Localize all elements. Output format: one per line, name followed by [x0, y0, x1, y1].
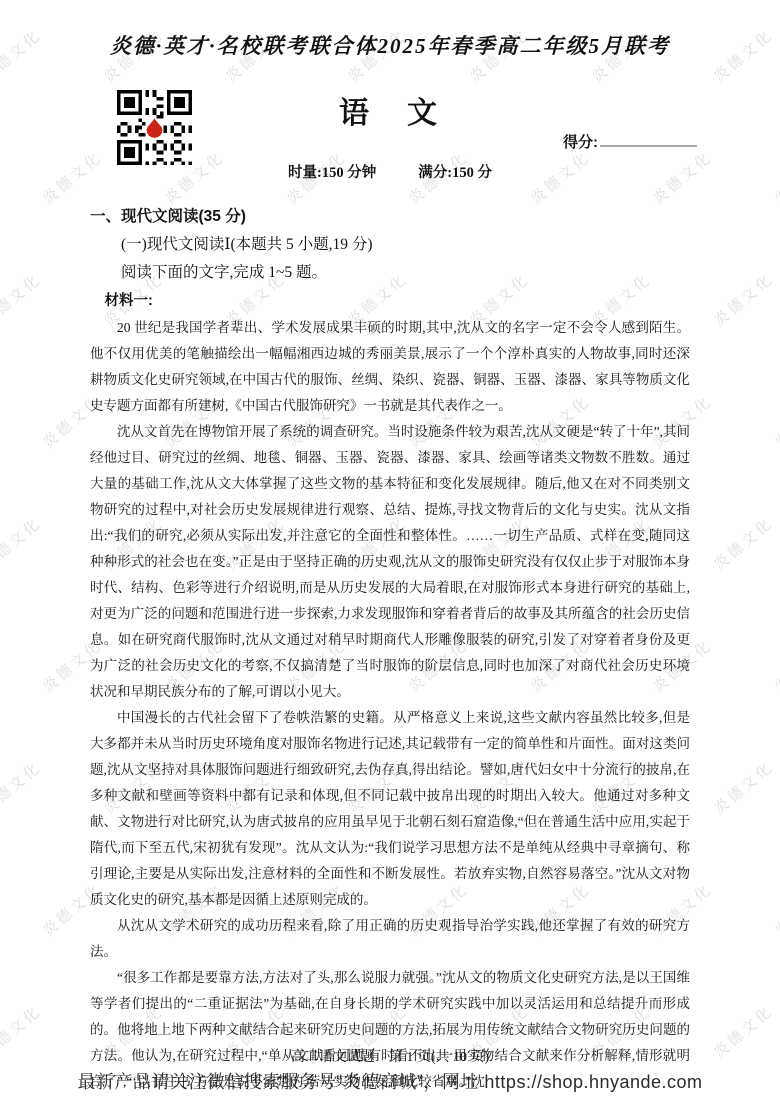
score-row: 得分: — [563, 131, 697, 152]
watermark-text: 炎德文化 — [709, 756, 778, 818]
full-score-label: 满分:150 分 — [418, 165, 492, 181]
body-paragraph: 20 世纪是我国学者辈出、学术发展成果丰硕的时期,其中,沈从文的名字一定不会令人… — [90, 315, 690, 419]
watermark-text: 炎德文化 — [0, 756, 45, 818]
duration-label: 时量:150 分钟 — [288, 165, 376, 181]
section-heading: 一、现代文阅读(35 分) — [90, 203, 690, 231]
watermark-text: 炎德文化 — [0, 512, 45, 574]
watermark-text: 炎德文化 — [709, 268, 778, 330]
watermark-text: 炎德文化 — [770, 390, 780, 452]
score-blank-line — [600, 131, 697, 147]
section-subheading: (一)现代文阅读Ⅰ(本题共 5 小题,19 分) — [90, 231, 690, 259]
body-paragraph: 从沈从文学术研究的成功历程来看,除了用正确的历史观指导治学实践,他还掌握了有效的… — [90, 913, 690, 965]
score-label: 得分: — [563, 134, 598, 151]
promo-banner: 最新产品请关注微信搜索服务号“炎德商城”，网址 https://shop.hny… — [0, 1068, 780, 1094]
body-paragraph: 沈从文首先在博物馆开展了系统的调查研究。当时设施条件较为艰苦,沈从文硬是“转了十… — [90, 419, 690, 705]
exam-page: 炎德文化炎德文化炎德文化炎德文化炎德文化炎德文化炎德文化炎德文化炎德文化炎德文化… — [0, 0, 780, 1104]
material-label: 材料一: — [90, 287, 690, 315]
watermark-text: 炎德文化 — [709, 512, 778, 574]
body-paragraph: 中国漫长的古代社会留下了卷帙浩繁的史籍。从严格意义上来说,这些文献内容虽然比较多… — [90, 705, 690, 913]
watermark-text: 炎德文化 — [0, 268, 45, 330]
watermark-text: 炎德文化 — [770, 878, 780, 940]
subject-title: 语 文 — [0, 88, 780, 132]
exam-meta: 时量:150 分钟满分:150 分 — [0, 161, 780, 182]
reading-instruction: 阅读下面的文字,完成 1~5 题。 — [90, 259, 690, 287]
page-number-footer: 高二语文试题 第 1 页(共 10 页) — [0, 1046, 780, 1066]
exam-title: 炎德·英才·名校联考联合体2025年春季高二年级5月联考 — [0, 30, 780, 60]
watermark-text: 炎德文化 — [770, 634, 780, 696]
material-paragraphs: 20 世纪是我国学者辈出、学术发展成果丰硕的时期,其中,沈从文的名字一定不会令人… — [90, 315, 690, 1095]
exam-body: 一、现代文阅读(35 分) (一)现代文阅读Ⅰ(本题共 5 小题,19 分) 阅… — [90, 203, 690, 1095]
